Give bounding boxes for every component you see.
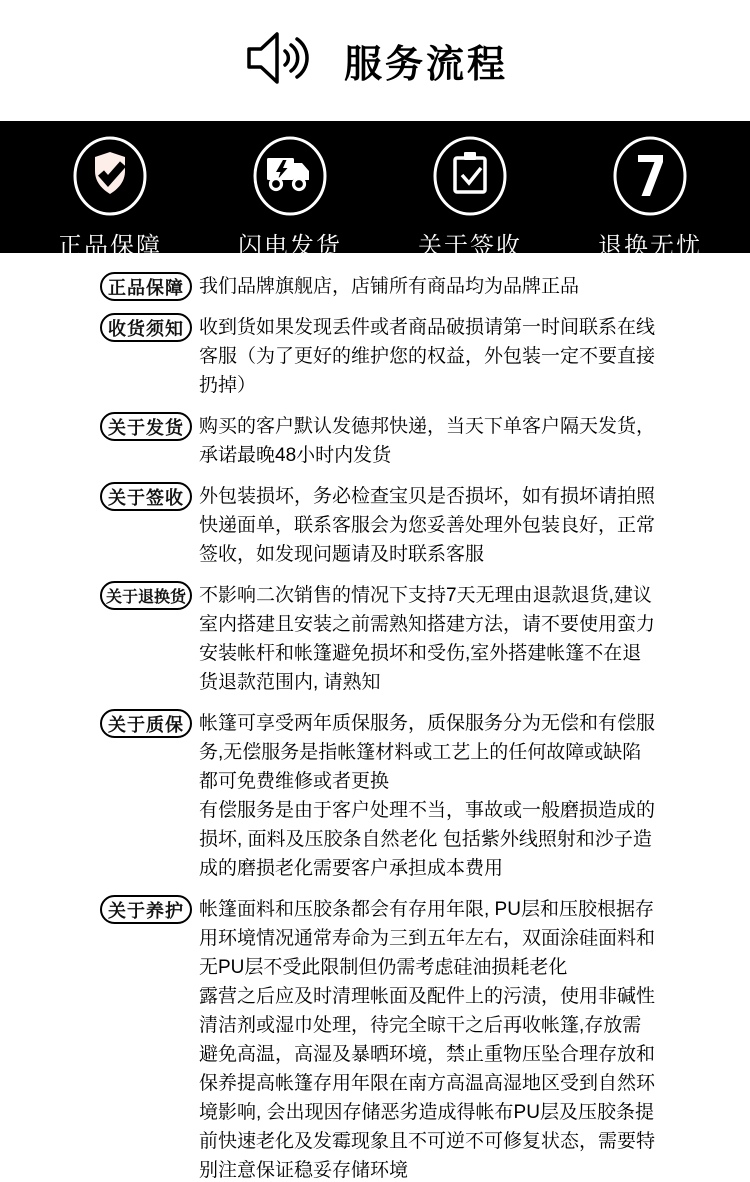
service-label-pill: 关于发货 <box>100 412 192 441</box>
service-row-receiving-notice: 收货须知 收到货如果发现丢件或者商品破损请第一时间联系在线客服（为了更好的维护您… <box>100 313 658 400</box>
seven-day-return-icon <box>612 135 688 222</box>
service-text: 帐篷面料和压胶条都会有存用年限, PU层和压胶根据存用环境情况通常寿命为三到五年… <box>199 895 658 1182</box>
service-text: 帐篷可享受两年质保服务，质保服务分为无偿和有偿服务,无偿服务是指帐篷材料或工艺上… <box>199 709 658 883</box>
service-paragraph: 收到货如果发现丢件或者商品破损请第一时间联系在线客服（为了更好的维护您的权益，外… <box>199 313 658 400</box>
service-row-shipping: 关于发货 购买的客户默认发德邦快递，当天下单客户隔天发货，承诺最晚48小时内发货 <box>100 412 658 470</box>
service-text: 收到货如果发现丢件或者商品破损请第一时间联系在线客服（为了更好的维护您的权益，外… <box>199 313 658 400</box>
service-paragraph: 有偿服务是由于客户处理不当，事故或一般磨损造成的损坏, 面料及压胶条自然老化 包… <box>199 796 658 883</box>
feature-sign-receipt: 关于签收 <box>418 121 522 253</box>
service-paragraph: 购买的客户默认发德邦快递，当天下单客户隔天发货，承诺最晚48小时内发货 <box>199 412 658 470</box>
service-label-pill: 关于养护 <box>100 895 192 924</box>
feature-label: 关于签收 <box>418 226 522 261</box>
service-process-page: 服务流程 正品保障 <box>0 0 750 1182</box>
page-title: 服务流程 <box>344 33 508 88</box>
feature-banner: 正品保障 闪电发货 <box>0 121 750 253</box>
feature-label: 正品保障 <box>58 226 162 261</box>
service-paragraph: 不影响二次销售的情况下支持7天无理由退款退货,建议室内搭建且安装之前需熟知搭建方… <box>199 581 658 697</box>
service-row-warranty: 关于质保 帐篷可享受两年质保服务，质保服务分为无偿和有偿服务,无偿服务是指帐篷材… <box>100 709 658 883</box>
service-text: 我们品牌旗舰店，店铺所有商品均为品牌正品 <box>199 272 658 301</box>
feature-label: 闪电发货 <box>238 226 342 261</box>
feature-fast-shipping: 闪电发货 <box>238 121 342 253</box>
clipboard-check-icon <box>432 135 508 222</box>
page-header: 服务流程 <box>0 0 750 121</box>
service-text: 不影响二次销售的情况下支持7天无理由退款退货,建议室内搭建且安装之前需熟知搭建方… <box>199 581 658 697</box>
feature-label: 退换无忧 <box>598 226 702 261</box>
service-row-sign-receipt: 关于签收 外包装损坏，务必检查宝贝是否损坏，如有损坏请拍照快递面单，联系客服会为… <box>100 482 658 569</box>
service-label-pill: 收货须知 <box>100 313 192 342</box>
service-row-maintenance: 关于养护 帐篷面料和压胶条都会有存用年限, PU层和压胶根据存用环境情况通常寿命… <box>100 895 658 1182</box>
service-label-pill: 关于质保 <box>100 709 192 738</box>
lightning-truck-icon <box>252 135 328 222</box>
service-row-returns: 关于退换货 不影响二次销售的情况下支持7天无理由退款退货,建议室内搭建且安装之前… <box>100 581 658 697</box>
shield-check-icon <box>72 135 148 222</box>
service-paragraph: 露营之后应及时清理帐面及配件上的污渍，使用非碱性清洁剂或湿巾处理，待完全晾干之后… <box>199 982 658 1182</box>
service-paragraph: 帐篷面料和压胶条都会有存用年限, PU层和压胶根据存用环境情况通常寿命为三到五年… <box>199 895 658 982</box>
feature-authentic: 正品保障 <box>58 121 162 253</box>
feature-easy-return: 退换无忧 <box>598 121 702 253</box>
megaphone-icon <box>242 28 326 93</box>
service-paragraph: 我们品牌旗舰店，店铺所有商品均为品牌正品 <box>199 272 658 301</box>
service-row-authentic: 正品保障 我们品牌旗舰店，店铺所有商品均为品牌正品 <box>100 272 658 301</box>
service-label-pill: 正品保障 <box>100 272 192 301</box>
service-text: 外包装损坏，务必检查宝贝是否损坏，如有损坏请拍照快递面单，联系客服会为您妥善处理… <box>199 482 658 569</box>
service-label-pill: 关于退换货 <box>100 581 192 610</box>
service-label-pill: 关于签收 <box>100 482 192 511</box>
service-paragraph: 帐篷可享受两年质保服务，质保服务分为无偿和有偿服务,无偿服务是指帐篷材料或工艺上… <box>199 709 658 796</box>
service-text: 购买的客户默认发德邦快递，当天下单客户隔天发货，承诺最晚48小时内发货 <box>199 412 658 470</box>
service-details: 正品保障 我们品牌旗舰店，店铺所有商品均为品牌正品 收货须知 收到货如果发现丢件… <box>0 253 750 1182</box>
service-paragraph: 外包装损坏，务必检查宝贝是否损坏，如有损坏请拍照快递面单，联系客服会为您妥善处理… <box>199 482 658 569</box>
